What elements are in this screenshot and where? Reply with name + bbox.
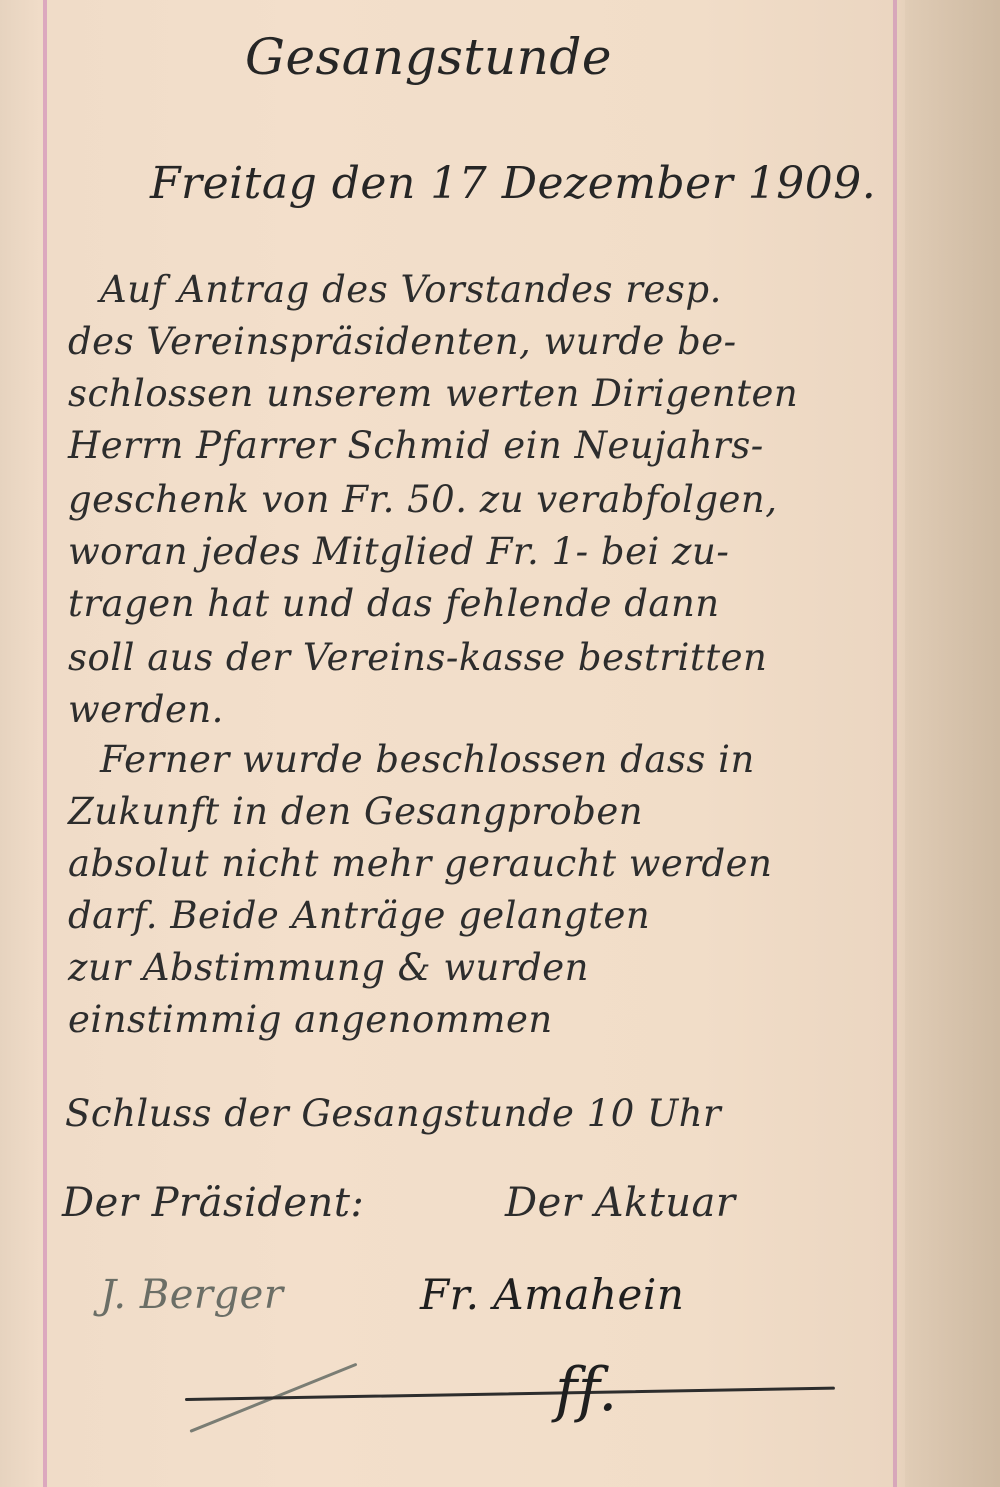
- paragraph-1-line: soll aus der Vereins-kasse bestritten: [68, 636, 767, 679]
- secretary-label: Der Aktuar: [505, 1180, 736, 1226]
- right-margin-rule: [893, 0, 897, 1487]
- paragraph-1-line: werden.: [68, 688, 224, 731]
- paragraph-2-line: Ferner wurde beschlossen dass in: [100, 738, 755, 781]
- secretary-signature: Fr. Amahein: [420, 1270, 684, 1319]
- paragraph-1-line: geschenk von Fr. 50. zu verabfolgen,: [68, 478, 778, 521]
- page-edge-shadow: [905, 0, 1000, 1487]
- secretary-signature-paraph: ff.: [555, 1355, 618, 1425]
- paragraph-1-line: Herrn Pfarrer Schmid ein Neujahrs-: [68, 424, 764, 467]
- paragraph-2-line: Zukunft in den Gesangproben: [68, 790, 643, 833]
- document-heading: Gesangstunde: [245, 28, 612, 86]
- paragraph-1-line: schlossen unserem werten Dirigenten: [68, 372, 798, 415]
- paragraph-1-line: des Vereinspräsidenten, wurde be-: [68, 320, 737, 363]
- paragraph-2-line: einstimmig angenommen: [68, 998, 553, 1041]
- ledger-page: Gesangstunde Freitag den 17 Dezember 190…: [0, 0, 1000, 1487]
- paragraph-1-line: tragen hat und das fehlende dann: [68, 582, 720, 625]
- paragraph-2-line: absolut nicht mehr geraucht werden: [68, 842, 772, 885]
- president-signature: J. Berger: [100, 1272, 283, 1318]
- paragraph-1-line: Auf Antrag des Vorstandes resp.: [100, 268, 722, 311]
- paragraph-1-line: woran jedes Mitglied Fr. 1- bei zu-: [68, 530, 729, 573]
- paragraph-2-line: darf. Beide Anträge gelangten: [68, 894, 650, 937]
- left-margin-rule: [43, 0, 47, 1487]
- date-line: Freitag den 17 Dezember 1909.: [150, 158, 876, 209]
- closing-line: Schluss der Gesangstunde 10 Uhr: [65, 1092, 721, 1135]
- paragraph-2-line: zur Abstimmung & wurden: [68, 946, 589, 989]
- president-label: Der Präsident:: [62, 1180, 364, 1226]
